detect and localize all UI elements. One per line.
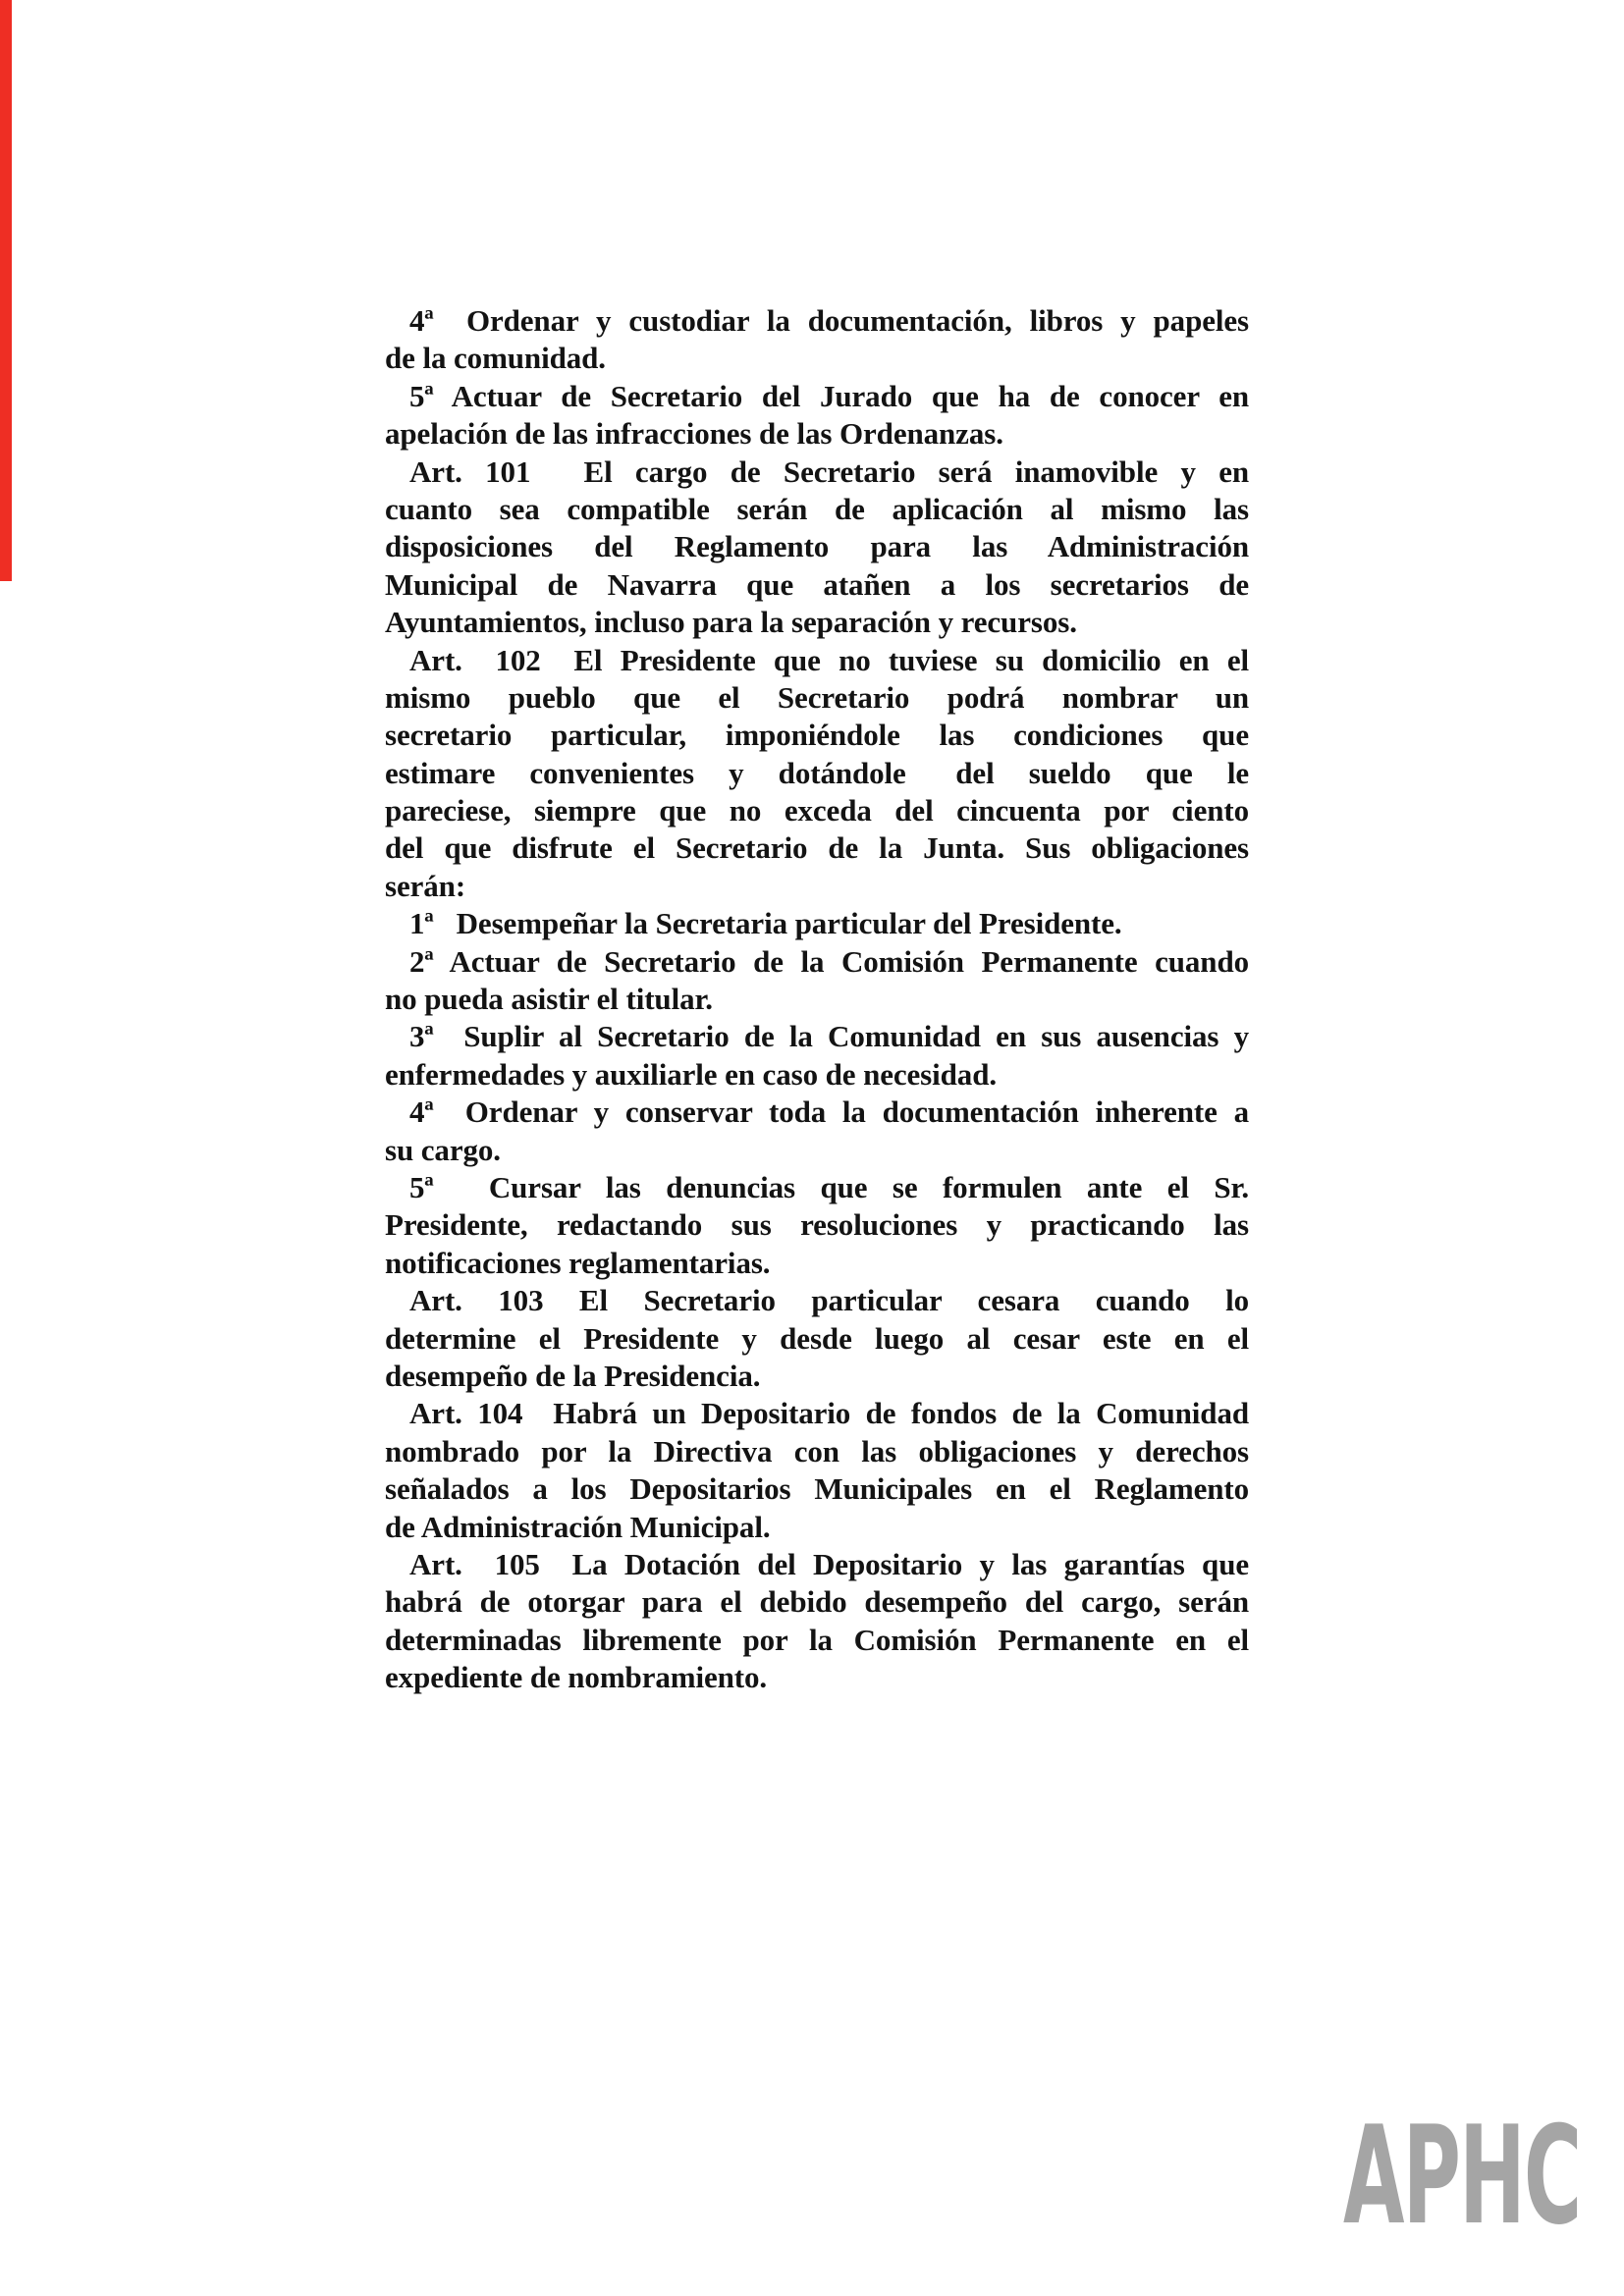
text-line: disposiciones del Reglamento para las Ad… (385, 528, 1249, 565)
text-line: de la comunidad. (385, 340, 1249, 377)
text-line: secretario particular, imponiéndole las … (385, 717, 1249, 754)
paragraph: Art. 104 Habrá un Depositario de fondos … (385, 1395, 1249, 1546)
text-line: nombrado por la Directiva con las obliga… (385, 1433, 1249, 1470)
text-line: Presidente, redactando sus resoluciones … (385, 1206, 1249, 1244)
text-line: 5ª Actuar de Secretario del Jurado que h… (385, 378, 1249, 415)
text-line: pareciese, siempre que no exceda del cin… (385, 792, 1249, 829)
paragraph: Art. 102 El Presidente que no tuviese su… (385, 642, 1249, 906)
paragraph: Art. 101 El cargo de Secretario será ina… (385, 454, 1249, 642)
text-line: su cargo. (385, 1132, 1249, 1169)
text-line: Art. 103 El Secretario particular cesara… (385, 1282, 1249, 1319)
text-line: 4ª Ordenar y conservar toda la documenta… (385, 1094, 1249, 1131)
text-line: estimare convenientes y dotándole del su… (385, 755, 1249, 792)
text-line: señalados a los Depositarios Municipales… (385, 1470, 1249, 1508)
text-line: del que disfrute el Secretario de la Jun… (385, 829, 1249, 867)
text-line: 1ª Desempeñar la Secretaria particular d… (385, 905, 1249, 942)
text-line: cuanto sea compatible serán de aplicació… (385, 491, 1249, 528)
text-line: expediente de nombramiento. (385, 1659, 1249, 1696)
text-line: Art. 101 El cargo de Secretario será ina… (385, 454, 1249, 491)
text-line: 5ª Cursar las denuncias que se formulen … (385, 1169, 1249, 1206)
text-line: habrá de otorgar para el debido desempeñ… (385, 1583, 1249, 1621)
text-line: notificaciones reglamentarias. (385, 1245, 1249, 1282)
text-line: serán: (385, 868, 1249, 905)
text-block: 4ª Ordenar y custodiar la documentación,… (385, 302, 1249, 1696)
paragraph: 3ª Suplir al Secretario de la Comunidad … (385, 1018, 1249, 1094)
paragraph: Art. 103 El Secretario particular cesara… (385, 1282, 1249, 1395)
text-line: Art. 105 La Dotación del Depositario y l… (385, 1546, 1249, 1583)
text-line: enfermedades y auxiliarle en caso de nec… (385, 1056, 1249, 1094)
text-line: determinadas libremente por la Comisión … (385, 1622, 1249, 1659)
text-line: Municipal de Navarra que atañen a los se… (385, 566, 1249, 604)
paragraph: 4ª Ordenar y conservar toda la documenta… (385, 1094, 1249, 1169)
text-line: Art. 104 Habrá un Depositario de fondos … (385, 1395, 1249, 1432)
text-line: 2ª Actuar de Secretario de la Comisión P… (385, 943, 1249, 981)
text-line: de Administración Municipal. (385, 1509, 1249, 1546)
paragraph: 4ª Ordenar y custodiar la documentación,… (385, 302, 1249, 378)
aphc-watermark-logo: APHC (1343, 2109, 1580, 2244)
text-line: apelación de las infracciones de las Ord… (385, 415, 1249, 453)
red-margin-stripe (0, 0, 12, 581)
paragraph: 5ª Actuar de Secretario del Jurado que h… (385, 378, 1249, 454)
paragraph: 1ª Desempeñar la Secretaria particular d… (385, 905, 1249, 942)
text-line: 4ª Ordenar y custodiar la documentación,… (385, 302, 1249, 340)
text-line: desempeño de la Presidencia. (385, 1358, 1249, 1395)
text-line: mismo pueblo que el Secretario podrá nom… (385, 679, 1249, 717)
text-line: Ayuntamientos, incluso para la separació… (385, 604, 1249, 641)
text-line: determine el Presidente y desde luego al… (385, 1320, 1249, 1358)
paragraph: 2ª Actuar de Secretario de la Comisión P… (385, 943, 1249, 1019)
paragraph: 5ª Cursar las denuncias que se formulen … (385, 1169, 1249, 1282)
text-line: 3ª Suplir al Secretario de la Comunidad … (385, 1018, 1249, 1055)
text-line: no pueda asistir el titular. (385, 981, 1249, 1018)
text-line: Art. 102 El Presidente que no tuviese su… (385, 642, 1249, 679)
paragraph: Art. 105 La Dotación del Depositario y l… (385, 1546, 1249, 1697)
document-page: 4ª Ordenar y custodiar la documentación,… (0, 0, 1624, 2296)
